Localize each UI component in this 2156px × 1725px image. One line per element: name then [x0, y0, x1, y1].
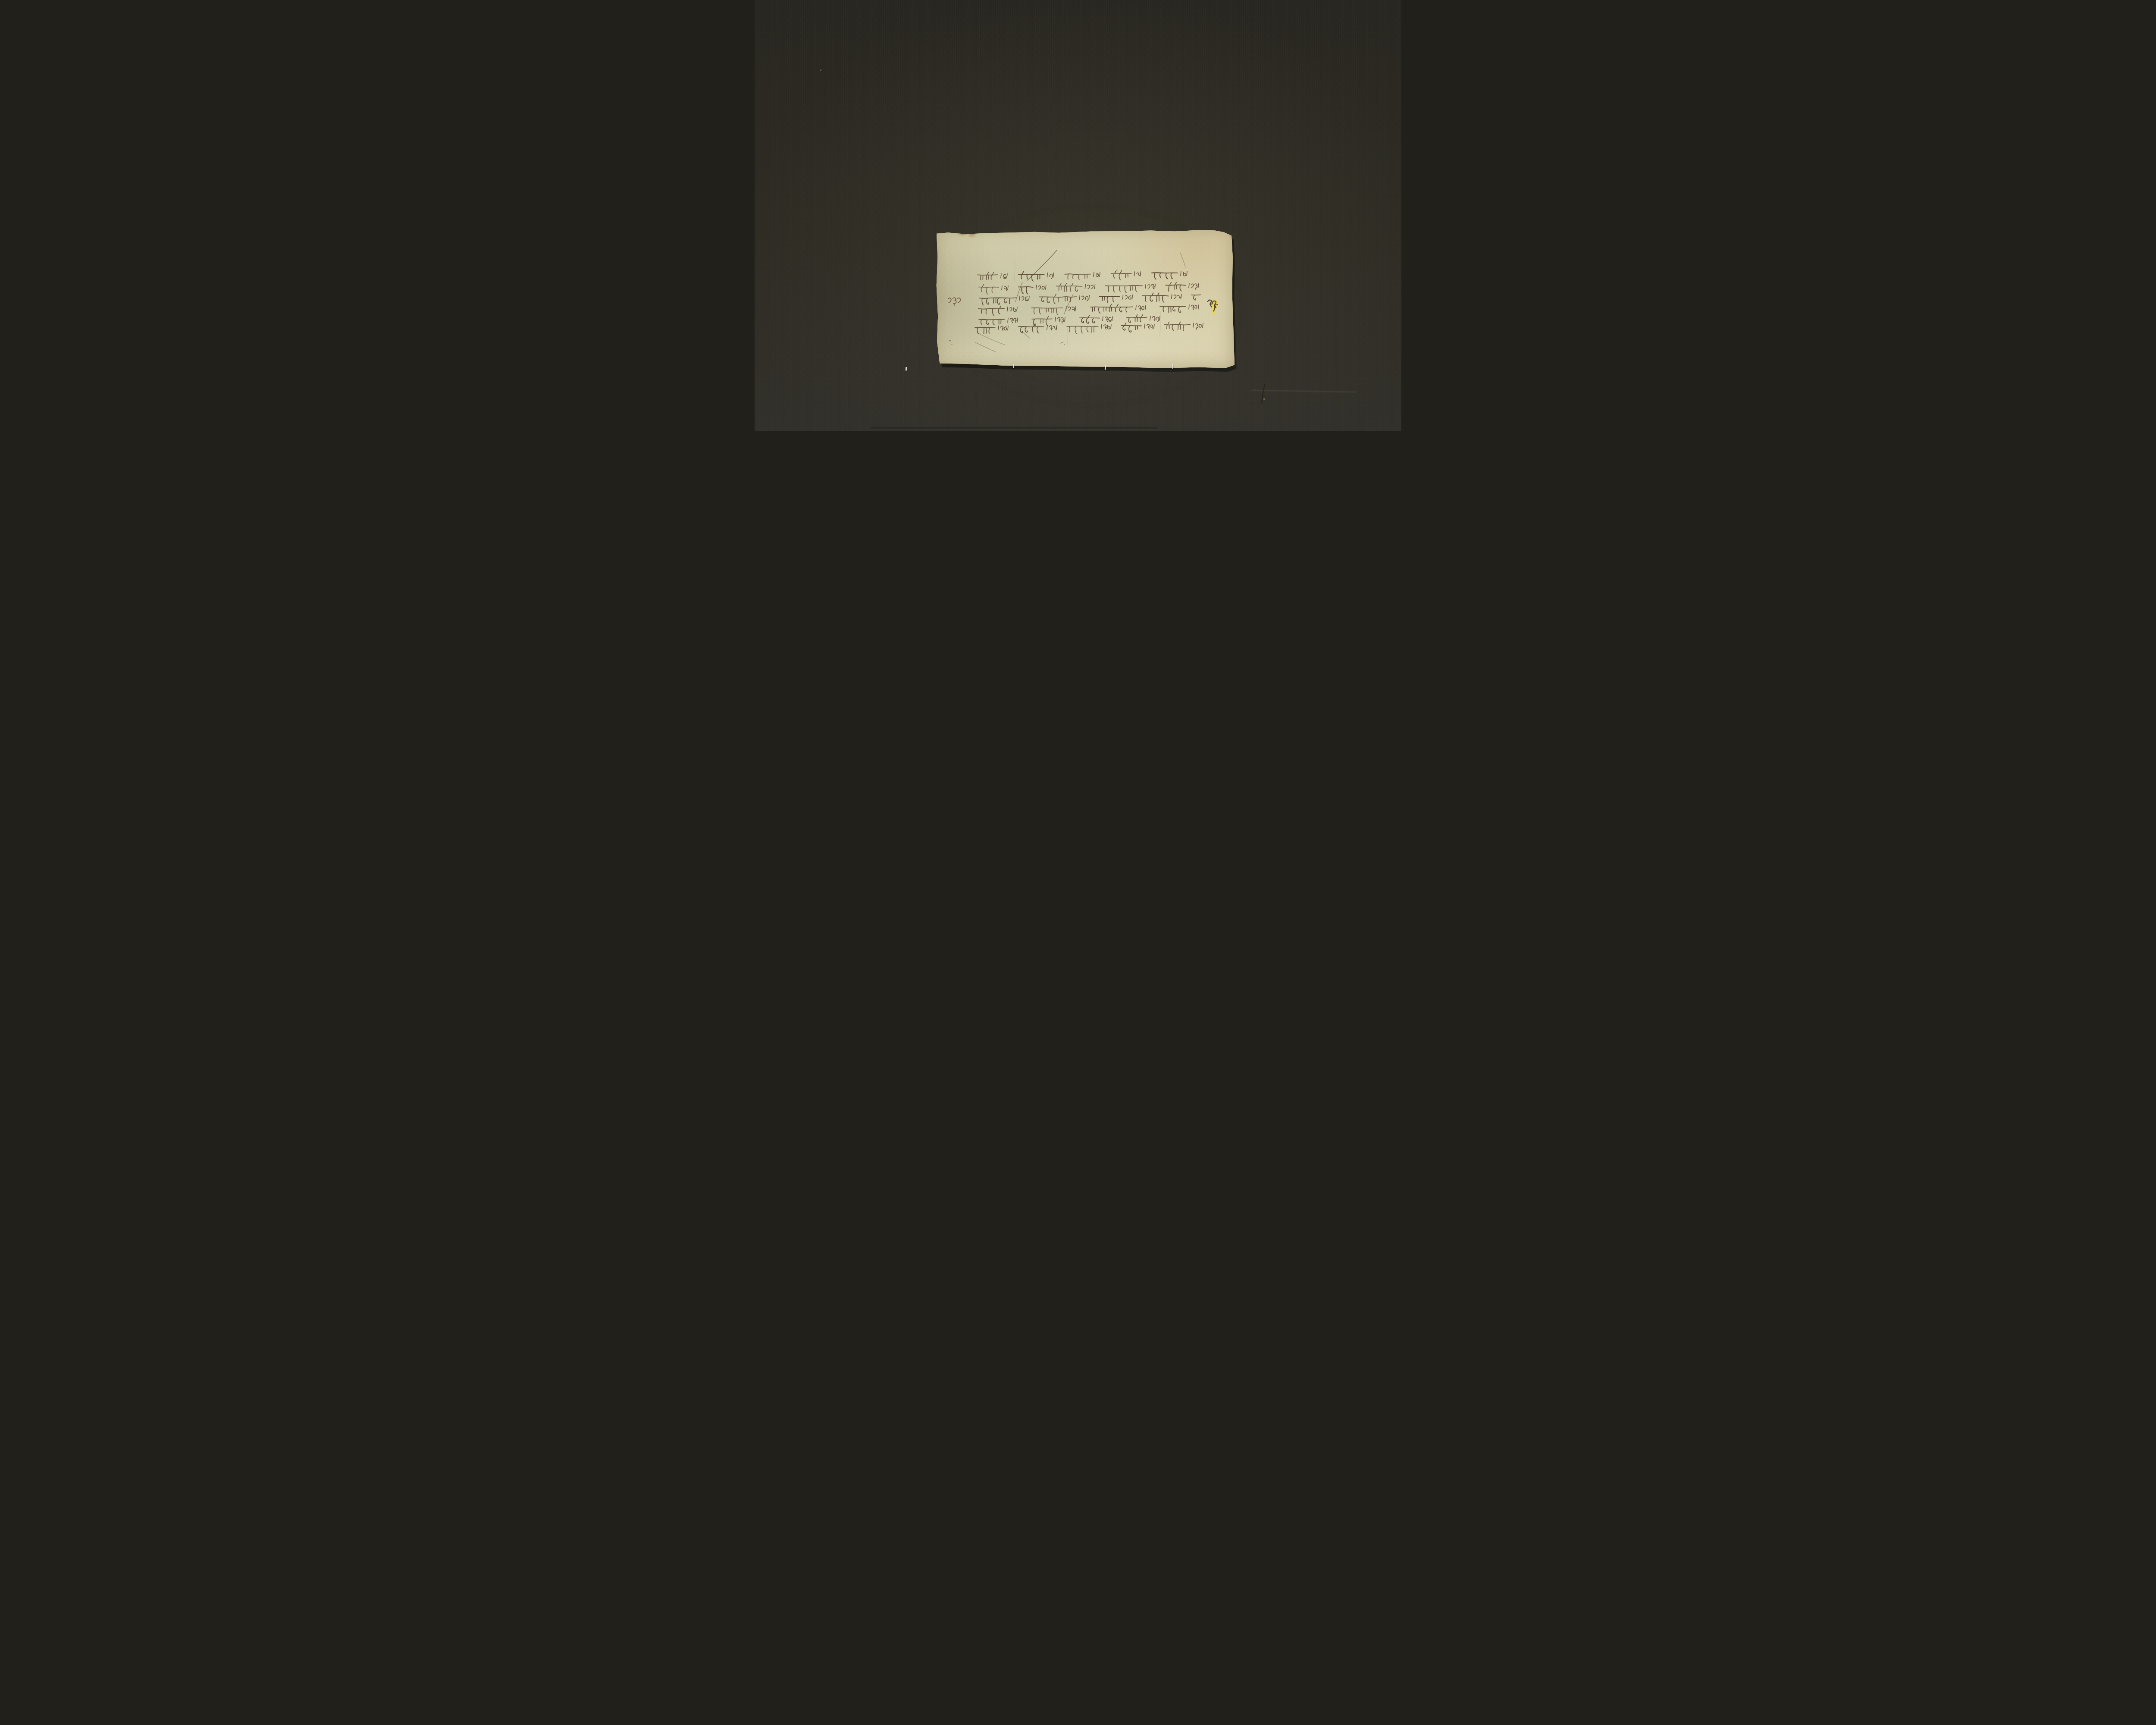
manuscript-line-5 — [979, 315, 1160, 326]
photo-stage: যুধায় ।৪। সূর্যায় ।৫। সত্যায় ।৬। ভৃশা… — [755, 0, 1401, 431]
dust-speck — [1263, 398, 1265, 400]
paper-speck — [949, 340, 950, 341]
pin — [1013, 364, 1014, 368]
manuscript-line-2 — [978, 282, 1199, 294]
pin — [1172, 364, 1174, 369]
manuscript-line-6 — [975, 322, 1203, 334]
stray-ink-stroke — [979, 334, 1005, 345]
manuscript-line-1 — [978, 271, 1187, 281]
stray-ink-stroke — [975, 342, 996, 352]
pin — [1105, 365, 1106, 370]
pin — [906, 367, 907, 371]
handwriting-svg — [936, 229, 1235, 369]
handwriting-lines — [975, 271, 1203, 334]
dust-speck — [820, 69, 821, 71]
manuscript-line-3 — [979, 293, 1200, 305]
stray-ink-stroke — [1180, 253, 1185, 267]
board-edge-line — [870, 427, 1157, 428]
stray-ink-stroke — [1015, 282, 1022, 302]
manuscript-line-4 — [978, 304, 1199, 315]
paper-speck — [951, 344, 952, 345]
manuscript-leaf — [936, 229, 1235, 369]
highlight-mark — [1211, 308, 1216, 315]
stray-ink-stroke — [1061, 343, 1065, 345]
left-margin-number-mark — [948, 298, 961, 305]
